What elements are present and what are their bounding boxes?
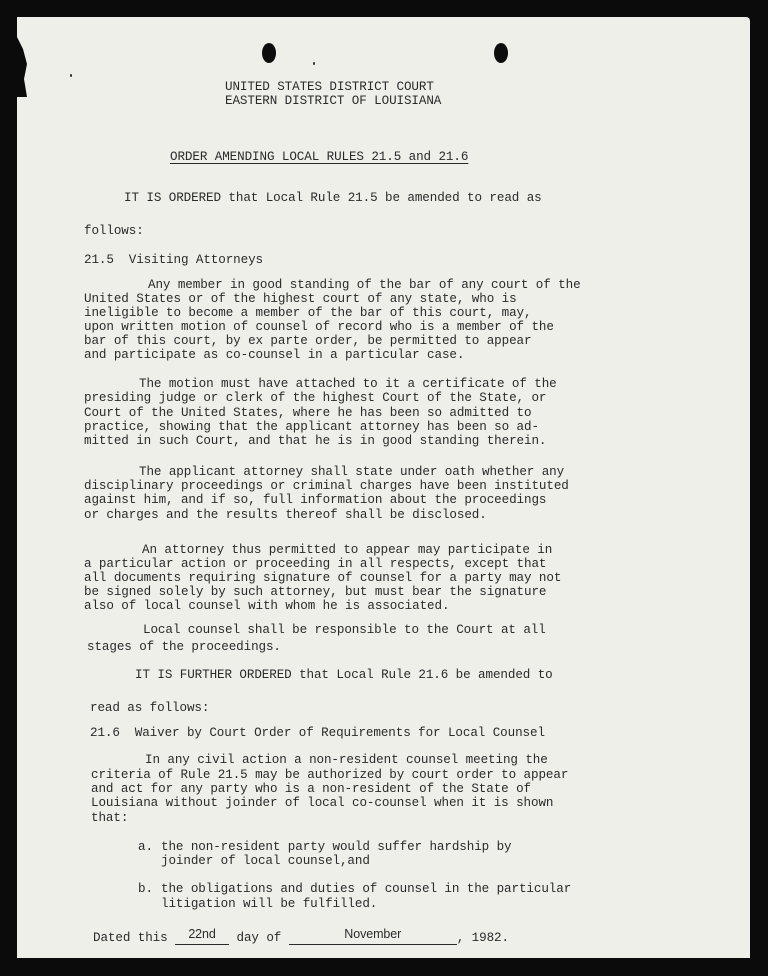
condition-marker: b.: [138, 882, 153, 897]
text-line: also of local counsel with whom he is as…: [84, 599, 449, 614]
text-line: mitted in such Court, and that he is in …: [84, 434, 546, 449]
month-field: November: [289, 928, 457, 945]
rule-21-5-heading: 21.5 Visiting Attorneys: [84, 253, 263, 268]
day-field: 22nd: [175, 928, 229, 945]
dated-line: Dated this 22nd day of November, 1982.: [93, 931, 509, 948]
text-line: upon written motion of counsel of record…: [84, 320, 554, 335]
court-district: EASTERN DISTRICT OF LOUISIANA: [225, 94, 441, 109]
document-page: UNITED STATES DISTRICT COURT EASTERN DIS…: [17, 17, 750, 958]
text-line: Louisiana without joinder of local co-co…: [91, 796, 553, 811]
text-line: ineligible to become a member of the bar…: [84, 306, 531, 321]
text-line: and participate as co-counsel in a parti…: [84, 348, 464, 363]
text-line: Local counsel shall be responsible to th…: [143, 623, 546, 638]
text-line: joinder of local counsel,and: [161, 854, 370, 869]
speck: [313, 62, 315, 65]
text-line: against him, and if so, full information…: [84, 493, 546, 508]
further-order-line-2: read as follows:: [90, 701, 209, 716]
text-line: criteria of Rule 21.5 may be authorized …: [91, 768, 568, 783]
order-intro-line-1: IT IS ORDERED that Local Rule 21.5 be am…: [124, 191, 542, 206]
text-line: disciplinary proceedings or criminal cha…: [84, 479, 569, 494]
text-line: The motion must have attached to it a ce…: [139, 377, 557, 392]
text-line: the obligations and duties of counsel in…: [161, 882, 571, 897]
text-line: In any civil action a non-resident couns…: [145, 753, 548, 768]
court-name: UNITED STATES DISTRICT COURT: [225, 80, 434, 95]
text-line: presiding judge or clerk of the highest …: [84, 391, 546, 406]
document-title: ORDER AMENDING LOCAL RULES 21.5 and 21.6: [170, 150, 468, 165]
dated-middle: day of: [237, 931, 282, 945]
text-line: a particular action or proceeding in all…: [84, 557, 546, 572]
text-line: litigation will be fulfilled.: [161, 897, 377, 912]
text-line: be signed solely by such attorney, but m…: [84, 585, 546, 600]
speck: [70, 74, 72, 77]
rule-21-6-heading: 21.6 Waiver by Court Order of Requiremen…: [90, 726, 545, 741]
text-line: stages of the proceedings.: [87, 640, 281, 655]
text-line: An attorney thus permitted to appear may…: [142, 543, 552, 558]
scan-background: UNITED STATES DISTRICT COURT EASTERN DIS…: [0, 0, 768, 976]
text-line: the non-resident party would suffer hard…: [161, 840, 512, 855]
text-line: bar of this court, by ex parte order, be…: [84, 334, 531, 349]
text-line: Court of the United States, where he has…: [84, 406, 531, 421]
condition-marker: a.: [138, 840, 153, 855]
torn-edge: [17, 37, 27, 97]
text-line: practice, showing that the applicant att…: [84, 420, 539, 435]
text-line: that:: [91, 811, 128, 826]
text-line: and act for any party who is a non-resid…: [91, 782, 531, 797]
text-line: or charges and the results thereof shall…: [84, 508, 487, 523]
order-intro-line-2: follows:: [84, 224, 144, 239]
text-line: United States or of the highest court of…: [84, 292, 517, 307]
text-line: The applicant attorney shall state under…: [139, 465, 564, 480]
punch-hole-right: [494, 43, 508, 63]
further-order-line-1: IT IS FURTHER ORDERED that Local Rule 21…: [135, 668, 553, 683]
dated-prefix: Dated this: [93, 931, 168, 945]
text-line: all documents requiring signature of cou…: [84, 571, 561, 586]
dated-suffix: , 1982.: [457, 931, 509, 945]
punch-hole-left: [262, 43, 276, 63]
text-line: Any member in good standing of the bar o…: [148, 278, 581, 293]
